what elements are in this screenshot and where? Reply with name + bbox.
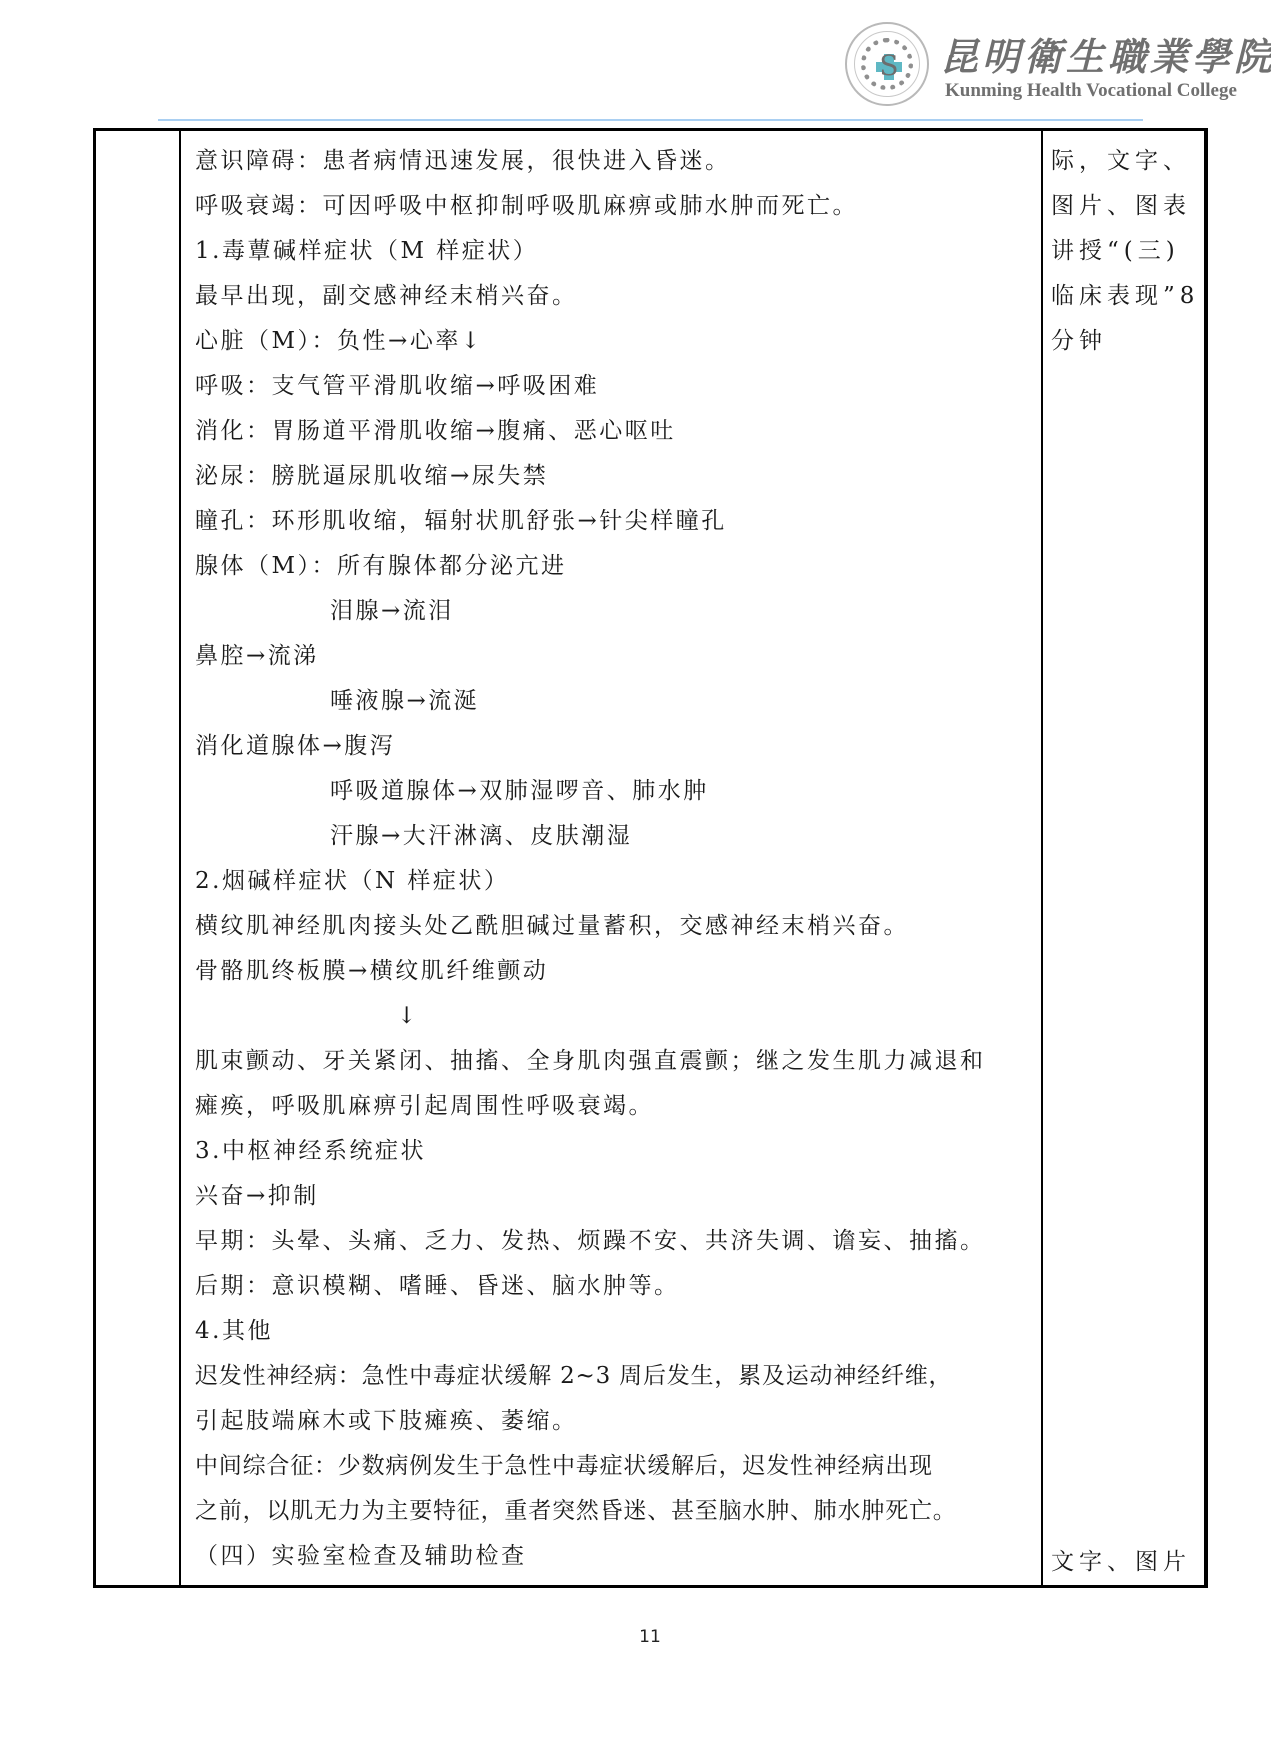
content-line: 之前，以肌无力为主要特征，重者突然昏迷、甚至脑水肿、肺水肿死亡。 [195, 1489, 1035, 1534]
note-line: 图片、图表 [1051, 184, 1201, 229]
content-line: 骨骼肌终板膜→横纹肌纤维颤动 [195, 949, 1035, 994]
content-line: 1.毒蕈碱样症状（M 样症状） [195, 229, 1035, 274]
note-line: 临床表现”8 [1051, 274, 1201, 319]
note-line: 际，文字、 [1051, 139, 1201, 184]
column-divider-right [1041, 131, 1043, 1585]
teaching-method-notes-cell: 际，文字、图片、图表讲授“(三)临床表现”8分钟 [1051, 139, 1201, 364]
content-line: 腺体（M）：所有腺体都分泌亢进 [195, 544, 1035, 589]
content-line: 瞳孔：环形肌收缩，辐射状肌舒张→针尖样瞳孔 [195, 499, 1035, 544]
lesson-plan-table: 意识障碍：患者病情迅速发展，很快进入昏迷。呼吸衰竭：可因呼吸中枢抑制呼吸肌麻痹或… [93, 128, 1208, 1588]
content-line: 消化：胃肠道平滑肌收缩→腹痛、恶心呕吐 [195, 409, 1035, 454]
content-line: 泪腺→流泪 [195, 589, 1035, 634]
content-line: 后期：意识模糊、嗜睡、昏迷、脑水肿等。 [195, 1264, 1035, 1309]
content-line: 引起肢端麻木或下肢瘫痪、萎缩。 [195, 1399, 1035, 1444]
content-line: 心脏（M）：负性→心率↓ [195, 319, 1035, 364]
serpent-icon: S [878, 48, 900, 84]
content-line: 横纹肌神经肌肉接头处乙酰胆碱过量蓄积，交感神经末梢兴奋。 [195, 904, 1035, 949]
content-line: 呼吸：支气管平滑肌收缩→呼吸困难 [195, 364, 1035, 409]
content-line: 泌尿：膀胱逼尿肌收缩→尿失禁 [195, 454, 1035, 499]
content-line: 呼吸衰竭：可因呼吸中枢抑制呼吸肌麻痹或肺水肿而死亡。 [195, 184, 1035, 229]
college-seal-icon: S [845, 22, 929, 106]
content-line: 2.烟碱样症状（N 样症状） [195, 859, 1035, 904]
note-line: 讲授“(三) [1051, 229, 1201, 274]
content-line: 早期：头晕、头痛、乏力、发热、烦躁不安、共济失调、谵妄、抽搐。 [195, 1219, 1035, 1264]
column-divider-left [179, 131, 181, 1585]
page-number: 11 [0, 1627, 1271, 1647]
college-name-en: Kunming Health Vocational College [945, 80, 1237, 102]
content-line: 3.中枢神经系统症状 [195, 1129, 1035, 1174]
college-name-cn: 昆明衛生職業學院 [940, 26, 1271, 81]
content-line: 汗腺→大汗淋漓、皮肤潮湿 [195, 814, 1035, 859]
content-line: 兴奋→抑制 [195, 1174, 1035, 1219]
content-line: 呼吸道腺体→双肺湿啰音、肺水肿 [195, 769, 1035, 814]
page-header: S 昆明衛生職業學院 Kunming Health Vocational Col… [0, 0, 1271, 128]
teaching-method-notes-bottom: 文字、图片 [1051, 1540, 1201, 1585]
content-line: 最早出现，副交感神经末梢兴奋。 [195, 274, 1035, 319]
header-divider [158, 119, 1143, 121]
note-line: 文字、图片 [1051, 1540, 1201, 1585]
content-line: 中间综合征：少数病例发生于急性中毒症状缓解后，迟发性神经病出现 [195, 1444, 1035, 1489]
content-line: （四）实验室检查及辅助检查 [195, 1534, 1035, 1579]
content-line: 消化道腺体→腹泻 [195, 724, 1035, 769]
content-line: 唾液腺→流涎 [195, 679, 1035, 724]
content-line: 鼻腔→流涕 [195, 634, 1035, 679]
content-line: 瘫痪，呼吸肌麻痹引起周围性呼吸衰竭。 [195, 1084, 1035, 1129]
content-line: 迟发性神经病：急性中毒症状缓解 2~3 周后发生，累及运动神经纤维， [195, 1354, 1035, 1399]
note-line: 分钟 [1051, 319, 1201, 364]
teaching-content-cell: 意识障碍：患者病情迅速发展，很快进入昏迷。呼吸衰竭：可因呼吸中枢抑制呼吸肌麻痹或… [195, 139, 1035, 1579]
content-line: 肌束颤动、牙关紧闭、抽搐、全身肌肉强直震颤；继之发生肌力减退和 [195, 1039, 1035, 1084]
content-line: 意识障碍：患者病情迅速发展，很快进入昏迷。 [195, 139, 1035, 184]
content-line: 4.其他 [195, 1309, 1035, 1354]
down-arrow-line: ↓ [195, 994, 1035, 1039]
